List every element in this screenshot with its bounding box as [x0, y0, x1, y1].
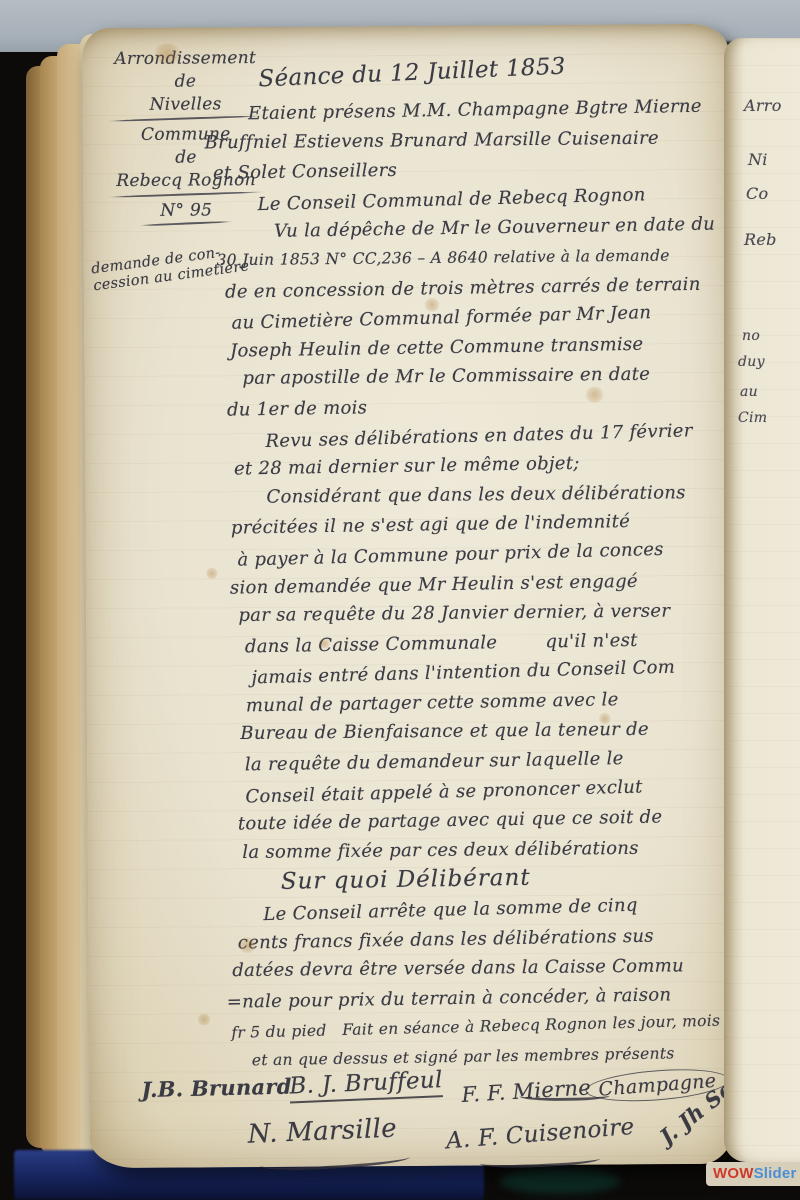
next-page-text-fragment: duy	[738, 354, 765, 370]
stain	[152, 44, 182, 64]
signature: A. F. Cuisenoire	[445, 1114, 635, 1154]
watermark-slider: Slider	[754, 1165, 797, 1182]
stain	[585, 387, 605, 403]
next-page-text-fragment: au	[740, 384, 758, 400]
stain	[197, 1013, 211, 1025]
stain	[318, 639, 330, 649]
photo-of-manuscript: Arrondissement de Nivelles Commune de Re…	[0, 0, 800, 1200]
stain	[599, 713, 611, 725]
next-page-text-fragment: no	[742, 328, 760, 344]
next-page-text-fragment: Reb	[744, 230, 777, 249]
signatures: J.B. BrunardB. J. BruffeulF. F. MierneCh…	[82, 24, 736, 1168]
stain	[424, 298, 440, 312]
wowslider-watermark[interactable]: WOWSlider	[706, 1162, 800, 1186]
table-shadow	[500, 1168, 620, 1194]
next-page-text-fragment: Co	[746, 184, 768, 203]
next-page-text-fragment: Arro	[744, 96, 782, 115]
watermark-wow: WOW	[713, 1165, 754, 1182]
next-page-text-fragment: Ni	[748, 150, 768, 169]
signature: N. Marsille	[247, 1114, 397, 1150]
stain	[206, 567, 218, 579]
stain	[238, 937, 256, 953]
next-page-sliver: ArroNiCoRebnoduyauCim	[724, 38, 800, 1162]
manuscript-page: Arrondissement de Nivelles Commune de Re…	[82, 24, 736, 1168]
signature: B. J. Bruffeul	[289, 1067, 443, 1103]
next-page-text-fragment: Cim	[738, 410, 767, 426]
signature: J.B. Brunard	[141, 1074, 292, 1103]
